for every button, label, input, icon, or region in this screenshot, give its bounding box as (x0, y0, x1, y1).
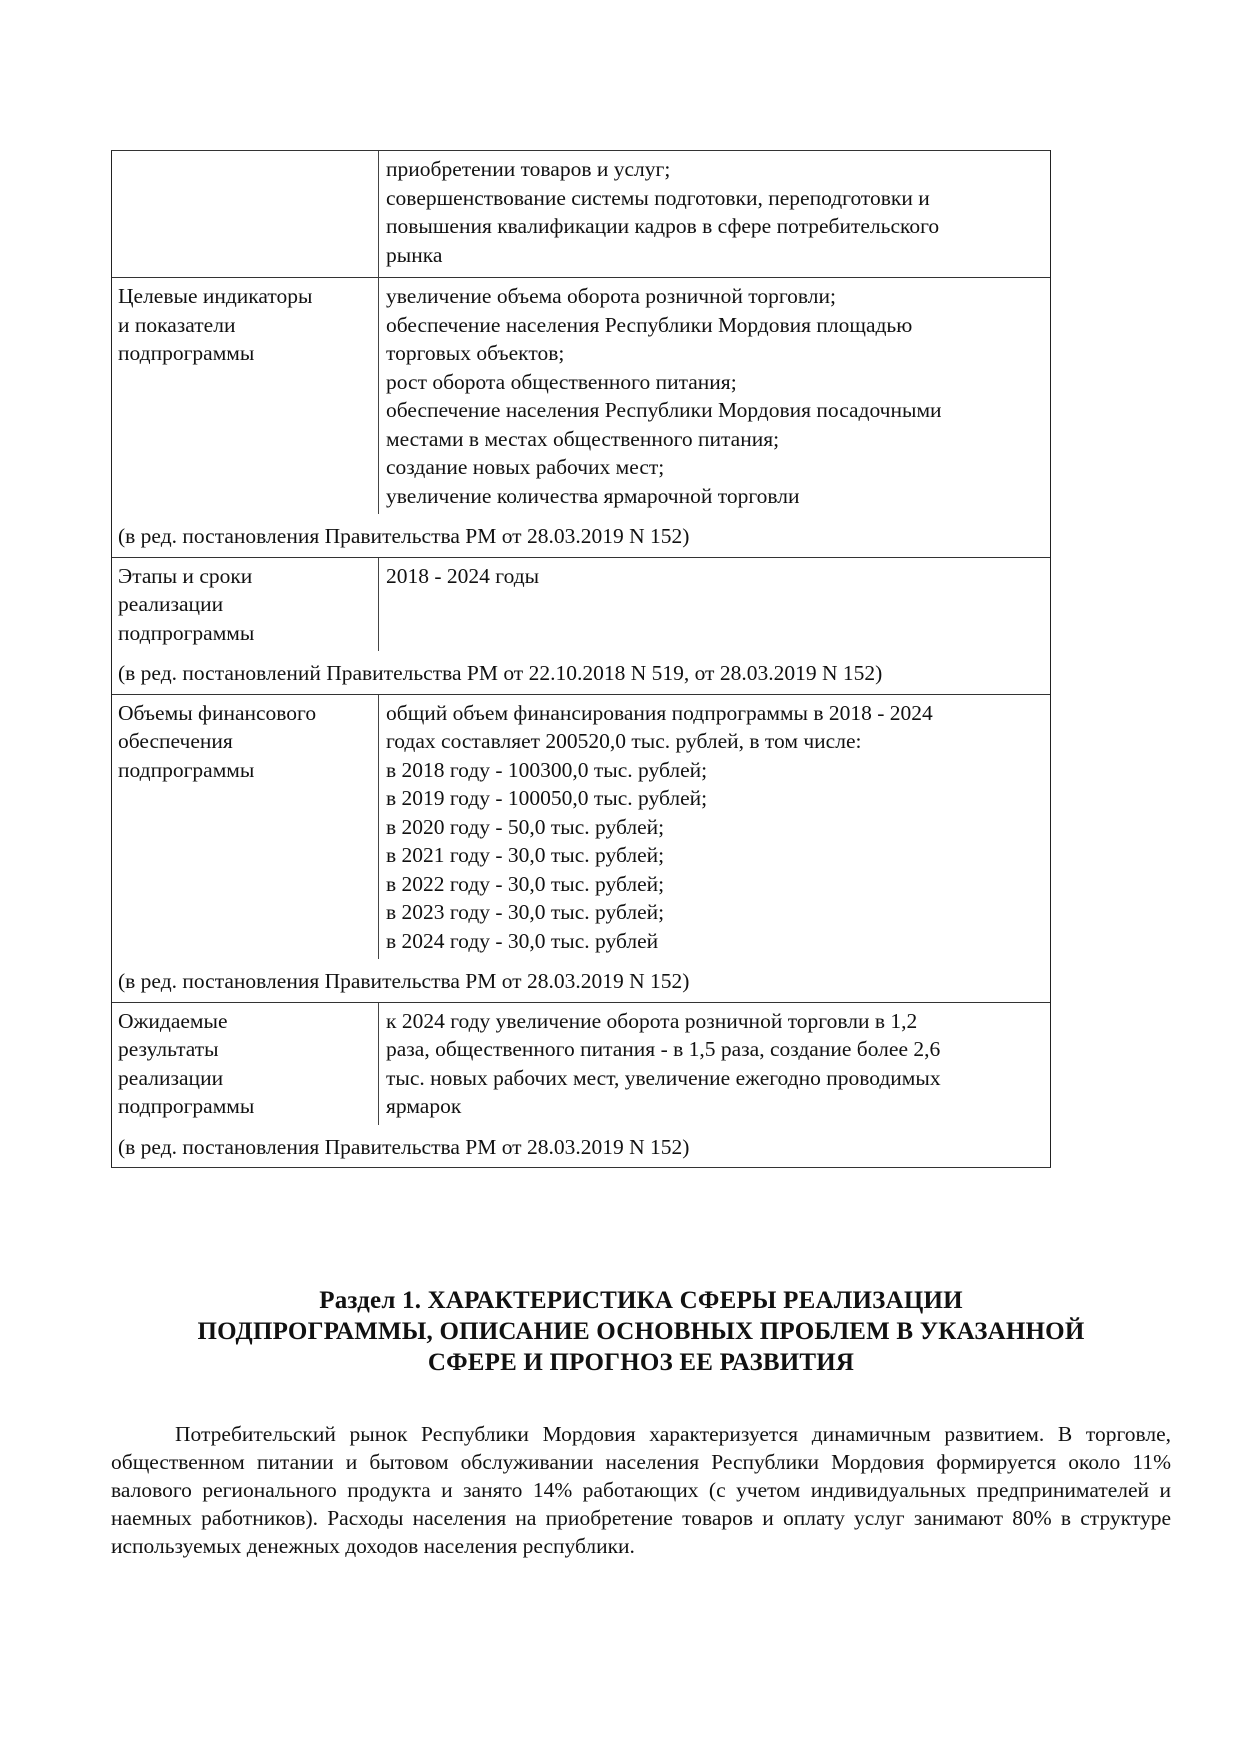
table-row-note: (в ред. постановлений Правительства РМ о… (112, 651, 1051, 694)
document-page: приобретении товаров и услуг; совершенст… (0, 0, 1240, 1754)
row-value: 2018 - 2024 годы (379, 557, 1051, 651)
row-label: Этапы и сроки реализации подпрограммы (112, 557, 379, 651)
amendment-note: (в ред. постановления Правительства РМ о… (112, 1125, 1051, 1168)
amendment-note: (в ред. постановления Правительства РМ о… (112, 514, 1051, 557)
row-label: Целевые индикаторы и показатели подпрогр… (112, 278, 379, 515)
table-row-target-indicators: Целевые индикаторы и показатели подпрогр… (112, 278, 1051, 515)
section-heading: Раздел 1. ХАРАКТЕРИСТИКА СФЕРЫ РЕАЛИЗАЦИ… (111, 1285, 1171, 1378)
amendment-note: (в ред. постановлений Правительства РМ о… (112, 651, 1051, 694)
amendment-note: (в ред. постановления Правительства РМ о… (112, 959, 1051, 1002)
table-row-note: (в ред. постановления Правительства РМ о… (112, 514, 1051, 557)
table-row-expected-results: Ожидаемые результаты реализации подпрогр… (112, 1002, 1051, 1125)
table-row-note: (в ред. постановления Правительства РМ о… (112, 959, 1051, 1002)
row-label (112, 151, 379, 278)
section-paragraph: Потребительский рынок Республики Мордови… (111, 1420, 1171, 1560)
table-row-continuation: приобретении товаров и услуг; совершенст… (112, 151, 1051, 278)
table-row-financing-volume: Объемы финансового обеспечения подпрогра… (112, 694, 1051, 959)
table-row-stages-and-terms: Этапы и сроки реализации подпрограммы 20… (112, 557, 1051, 651)
row-value: общий объем финансирования подпрограммы … (379, 694, 1051, 959)
row-value: к 2024 году увеличение оборота розничной… (379, 1002, 1051, 1125)
row-label: Объемы финансового обеспечения подпрогра… (112, 694, 379, 959)
row-value: увеличение объема оборота розничной торг… (379, 278, 1051, 515)
row-label: Ожидаемые результаты реализации подпрогр… (112, 1002, 379, 1125)
row-value: приобретении товаров и услуг; совершенст… (379, 151, 1051, 278)
subprogram-passport-table: приобретении товаров и услуг; совершенст… (111, 150, 1051, 1168)
table-row-note: (в ред. постановления Правительства РМ о… (112, 1125, 1051, 1168)
